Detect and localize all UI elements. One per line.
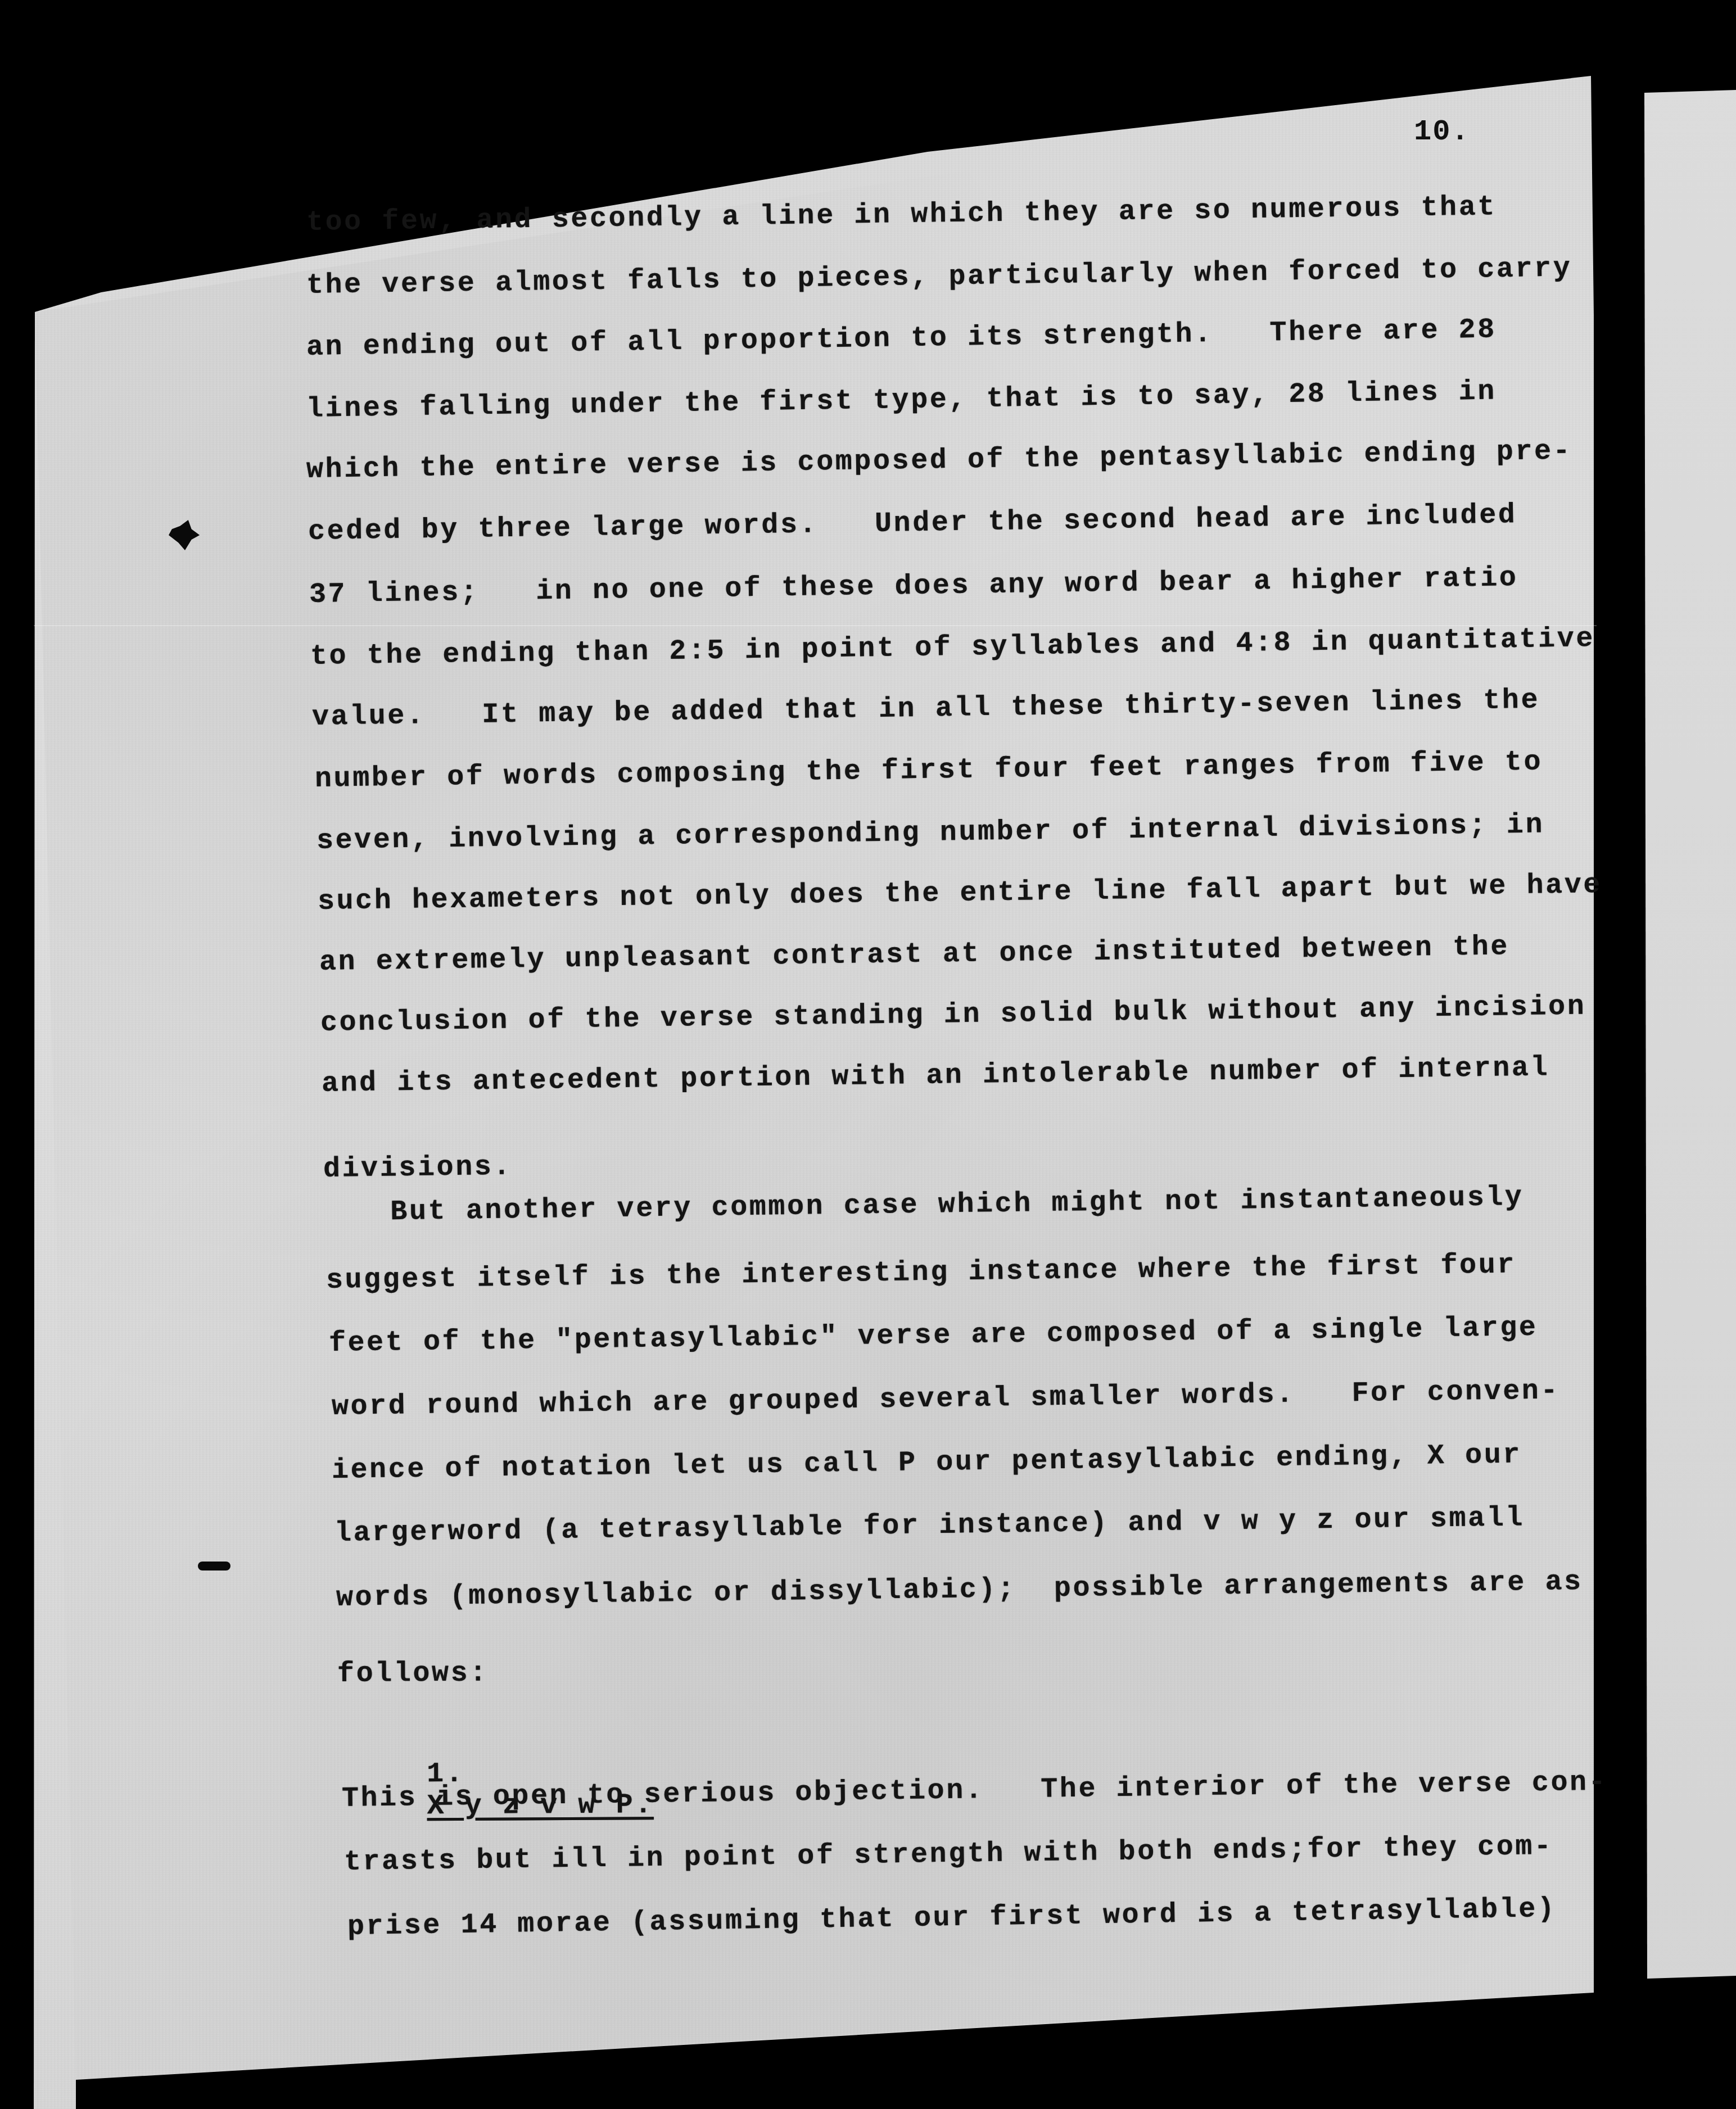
- text-line: lines falling under the first type, that…: [306, 376, 1497, 426]
- text-line: number of words composing the first four…: [315, 746, 1543, 795]
- text-line: conclusion of the verse standing in soli…: [320, 991, 1586, 1039]
- text-line: But another very common case which might…: [315, 1182, 1524, 1229]
- text-line: ceded by three large words. Under the se…: [308, 499, 1517, 548]
- text-line: seven, involving a corresponding number …: [317, 809, 1545, 857]
- text-line: such hexameters not only does the entire…: [318, 869, 1603, 918]
- text-line: the verse almost falls to pieces, partic…: [306, 252, 1572, 302]
- text-line: suggest itself is the interesting instan…: [326, 1249, 1517, 1297]
- text-line: value. It may be added that in all these…: [312, 685, 1540, 734]
- text-line: too few, and secondly a line in which th…: [306, 191, 1497, 239]
- text-line: an ending out of all proportion to its s…: [306, 314, 1497, 364]
- text-line: largerword (a tetrasyllable for instance…: [334, 1502, 1525, 1550]
- text-line: word round which are grouped several sma…: [332, 1375, 1560, 1423]
- text-line: divisions.: [323, 1151, 513, 1185]
- text-line: an extremely unpleasant contrast at once…: [319, 931, 1510, 979]
- text-line: feet of the "pentasyllabic" verse are co…: [329, 1312, 1538, 1360]
- text-line: and its antecedent portion with an intol…: [322, 1052, 1550, 1100]
- text-line: ience of notation let us call P our pent…: [332, 1439, 1522, 1487]
- text-line: prise 14 morae (assuming that our first …: [347, 1893, 1557, 1943]
- text-line: to the ending than 2:5 in point of sylla…: [310, 623, 1595, 673]
- text-line: words (monosyllabic or dissyllabic); pos…: [336, 1566, 1583, 1614]
- text-line: 37 lines; in no one of these does any wo…: [309, 562, 1518, 611]
- typewritten-text-body: too few, and secondly a line in which th…: [0, 0, 1736, 2109]
- text-line: follows:: [337, 1658, 489, 1690]
- text-line: which the entire verse is composed of th…: [306, 436, 1572, 486]
